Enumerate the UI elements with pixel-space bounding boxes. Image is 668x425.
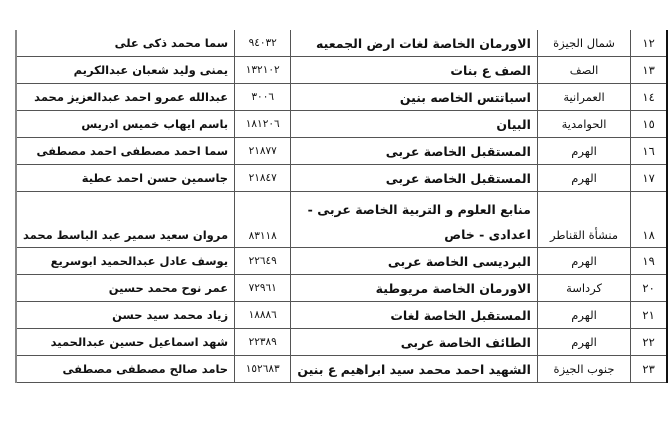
school-cell: البرديسى الخاصة عربى: [291, 248, 538, 275]
student-name-cell: سما محمد ذكى على: [16, 30, 235, 57]
row-index: ٢٢: [631, 329, 667, 356]
table-row: ٢٣ جنوب الجيزة الشهيد احمد محمد سيد ابرا…: [16, 356, 667, 383]
school-cell: المستقبل الخاصة عربى: [291, 138, 538, 165]
region-cell: الهرم: [537, 329, 630, 356]
seat-number-cell: ٧٢٩٦١: [235, 275, 291, 302]
seat-number-cell: ٣٠٠٦: [235, 84, 291, 111]
region-cell: جنوب الجيزة: [537, 356, 630, 383]
table-row: ١٧ الهرم المستقبل الخاصة عربى ٢١٨٤٧ جاسم…: [16, 165, 667, 192]
seat-number-cell: ٢١٨٧٧: [235, 138, 291, 165]
row-index: ٢٣: [631, 356, 667, 383]
school-cell: المستقبل الخاصة لغات: [291, 302, 538, 329]
seat-number-cell: ٨٣١١٨: [235, 192, 291, 248]
row-index: ١٢: [631, 30, 667, 57]
seat-number-cell: ١٥٢٦٨٣: [235, 356, 291, 383]
table-row: ١٢ شمال الجيزة الاورمان الخاصة لغات ارض …: [16, 30, 667, 57]
student-name-cell: عبدالله عمرو احمد عبدالعزيز محمد: [16, 84, 235, 111]
region-cell: شمال الجيزة: [537, 30, 630, 57]
table-row: ١٤ العمرانية اسباتتس الخاصه بنين ٣٠٠٦ عب…: [16, 84, 667, 111]
student-name-cell: حامد صالح مصطفى مصطفى: [16, 356, 235, 383]
region-cell: الهرم: [537, 165, 630, 192]
student-name-cell: يوسف عادل عبدالحميد ابوسريع: [16, 248, 235, 275]
seat-number-cell: ٢١٨٤٧: [235, 165, 291, 192]
region-cell: منشأة القناطر: [537, 192, 630, 248]
student-name-cell: شهد اسماعيل حسين عبدالحميد: [16, 329, 235, 356]
school-cell: المستقبل الخاصة عربى: [291, 165, 538, 192]
row-index: ١٧: [631, 165, 667, 192]
row-index: ٢٠: [631, 275, 667, 302]
seat-number-cell: ٢٢٦٤٩: [235, 248, 291, 275]
student-name-cell: مروان سعيد سمير عبد الباسط محمد: [16, 192, 235, 248]
student-name-cell: عمر نوح محمد حسين: [16, 275, 235, 302]
table-row: ١٣ الصف الصف ع بنات ١٣٢١٠٢ يمنى وليد شعب…: [16, 57, 667, 84]
region-cell: كرداسة: [537, 275, 630, 302]
region-cell: الحوامدية: [537, 111, 630, 138]
row-index: ١٩: [631, 248, 667, 275]
student-name-cell: سما احمد مصطفى احمد مصطفى: [16, 138, 235, 165]
school-cell: منابع العلوم و التربية الخاصة عربى - اعد…: [291, 192, 538, 248]
school-cell: الاورمان الخاصة مريوطية: [291, 275, 538, 302]
seat-number-cell: ١٣٢١٠٢: [235, 57, 291, 84]
table-row: ١٥ الحوامدية البيان ١٨١٢٠٦ باسم ايهاب خم…: [16, 111, 667, 138]
school-cell: الاورمان الخاصة لغات ارض الجمعيه: [291, 30, 538, 57]
table-row: ٢١ الهرم المستقبل الخاصة لغات ١٨٨٨٦ زياد…: [16, 302, 667, 329]
school-cell: البيان: [291, 111, 538, 138]
region-cell: الهرم: [537, 248, 630, 275]
student-name-cell: زياد محمد سيد حسن: [16, 302, 235, 329]
student-name-cell: باسم ايهاب خميس ادريس: [16, 111, 235, 138]
seat-number-cell: ٢٢٣٨٩: [235, 329, 291, 356]
table-row: ١٦ الهرم المستقبل الخاصة عربى ٢١٨٧٧ سما …: [16, 138, 667, 165]
region-cell: الهرم: [537, 302, 630, 329]
row-index: ١٥: [631, 111, 667, 138]
region-cell: العمرانية: [537, 84, 630, 111]
school-cell: الطائف الخاصة عربى: [291, 329, 538, 356]
row-index: ١٦: [631, 138, 667, 165]
row-index: ٢١: [631, 302, 667, 329]
seat-number-cell: ١٨١٢٠٦: [235, 111, 291, 138]
school-cell: الصف ع بنات: [291, 57, 538, 84]
row-index: ١٣: [631, 57, 667, 84]
row-index: ١٨: [631, 192, 667, 248]
table-row: ٢٢ الهرم الطائف الخاصة عربى ٢٢٣٨٩ شهد اس…: [16, 329, 667, 356]
table-row: ١٨ منشأة القناطر منابع العلوم و التربية …: [16, 192, 667, 248]
school-cell: الشهيد احمد محمد سيد ابراهيم ع بنين: [291, 356, 538, 383]
student-name-cell: جاسمين حسن احمد عطية: [16, 165, 235, 192]
student-name-cell: يمنى وليد شعبان عبدالكريم: [16, 57, 235, 84]
seat-number-cell: ٩٤٠٣٢: [235, 30, 291, 57]
students-table: ١٢ شمال الجيزة الاورمان الخاصة لغات ارض …: [15, 30, 668, 383]
row-index: ١٤: [631, 84, 667, 111]
school-cell: اسباتتس الخاصه بنين: [291, 84, 538, 111]
region-cell: الصف: [537, 57, 630, 84]
table-row: ٢٠ كرداسة الاورمان الخاصة مريوطية ٧٢٩٦١ …: [16, 275, 667, 302]
seat-number-cell: ١٨٨٨٦: [235, 302, 291, 329]
region-cell: الهرم: [537, 138, 630, 165]
table-row: ١٩ الهرم البرديسى الخاصة عربى ٢٢٦٤٩ يوسف…: [16, 248, 667, 275]
